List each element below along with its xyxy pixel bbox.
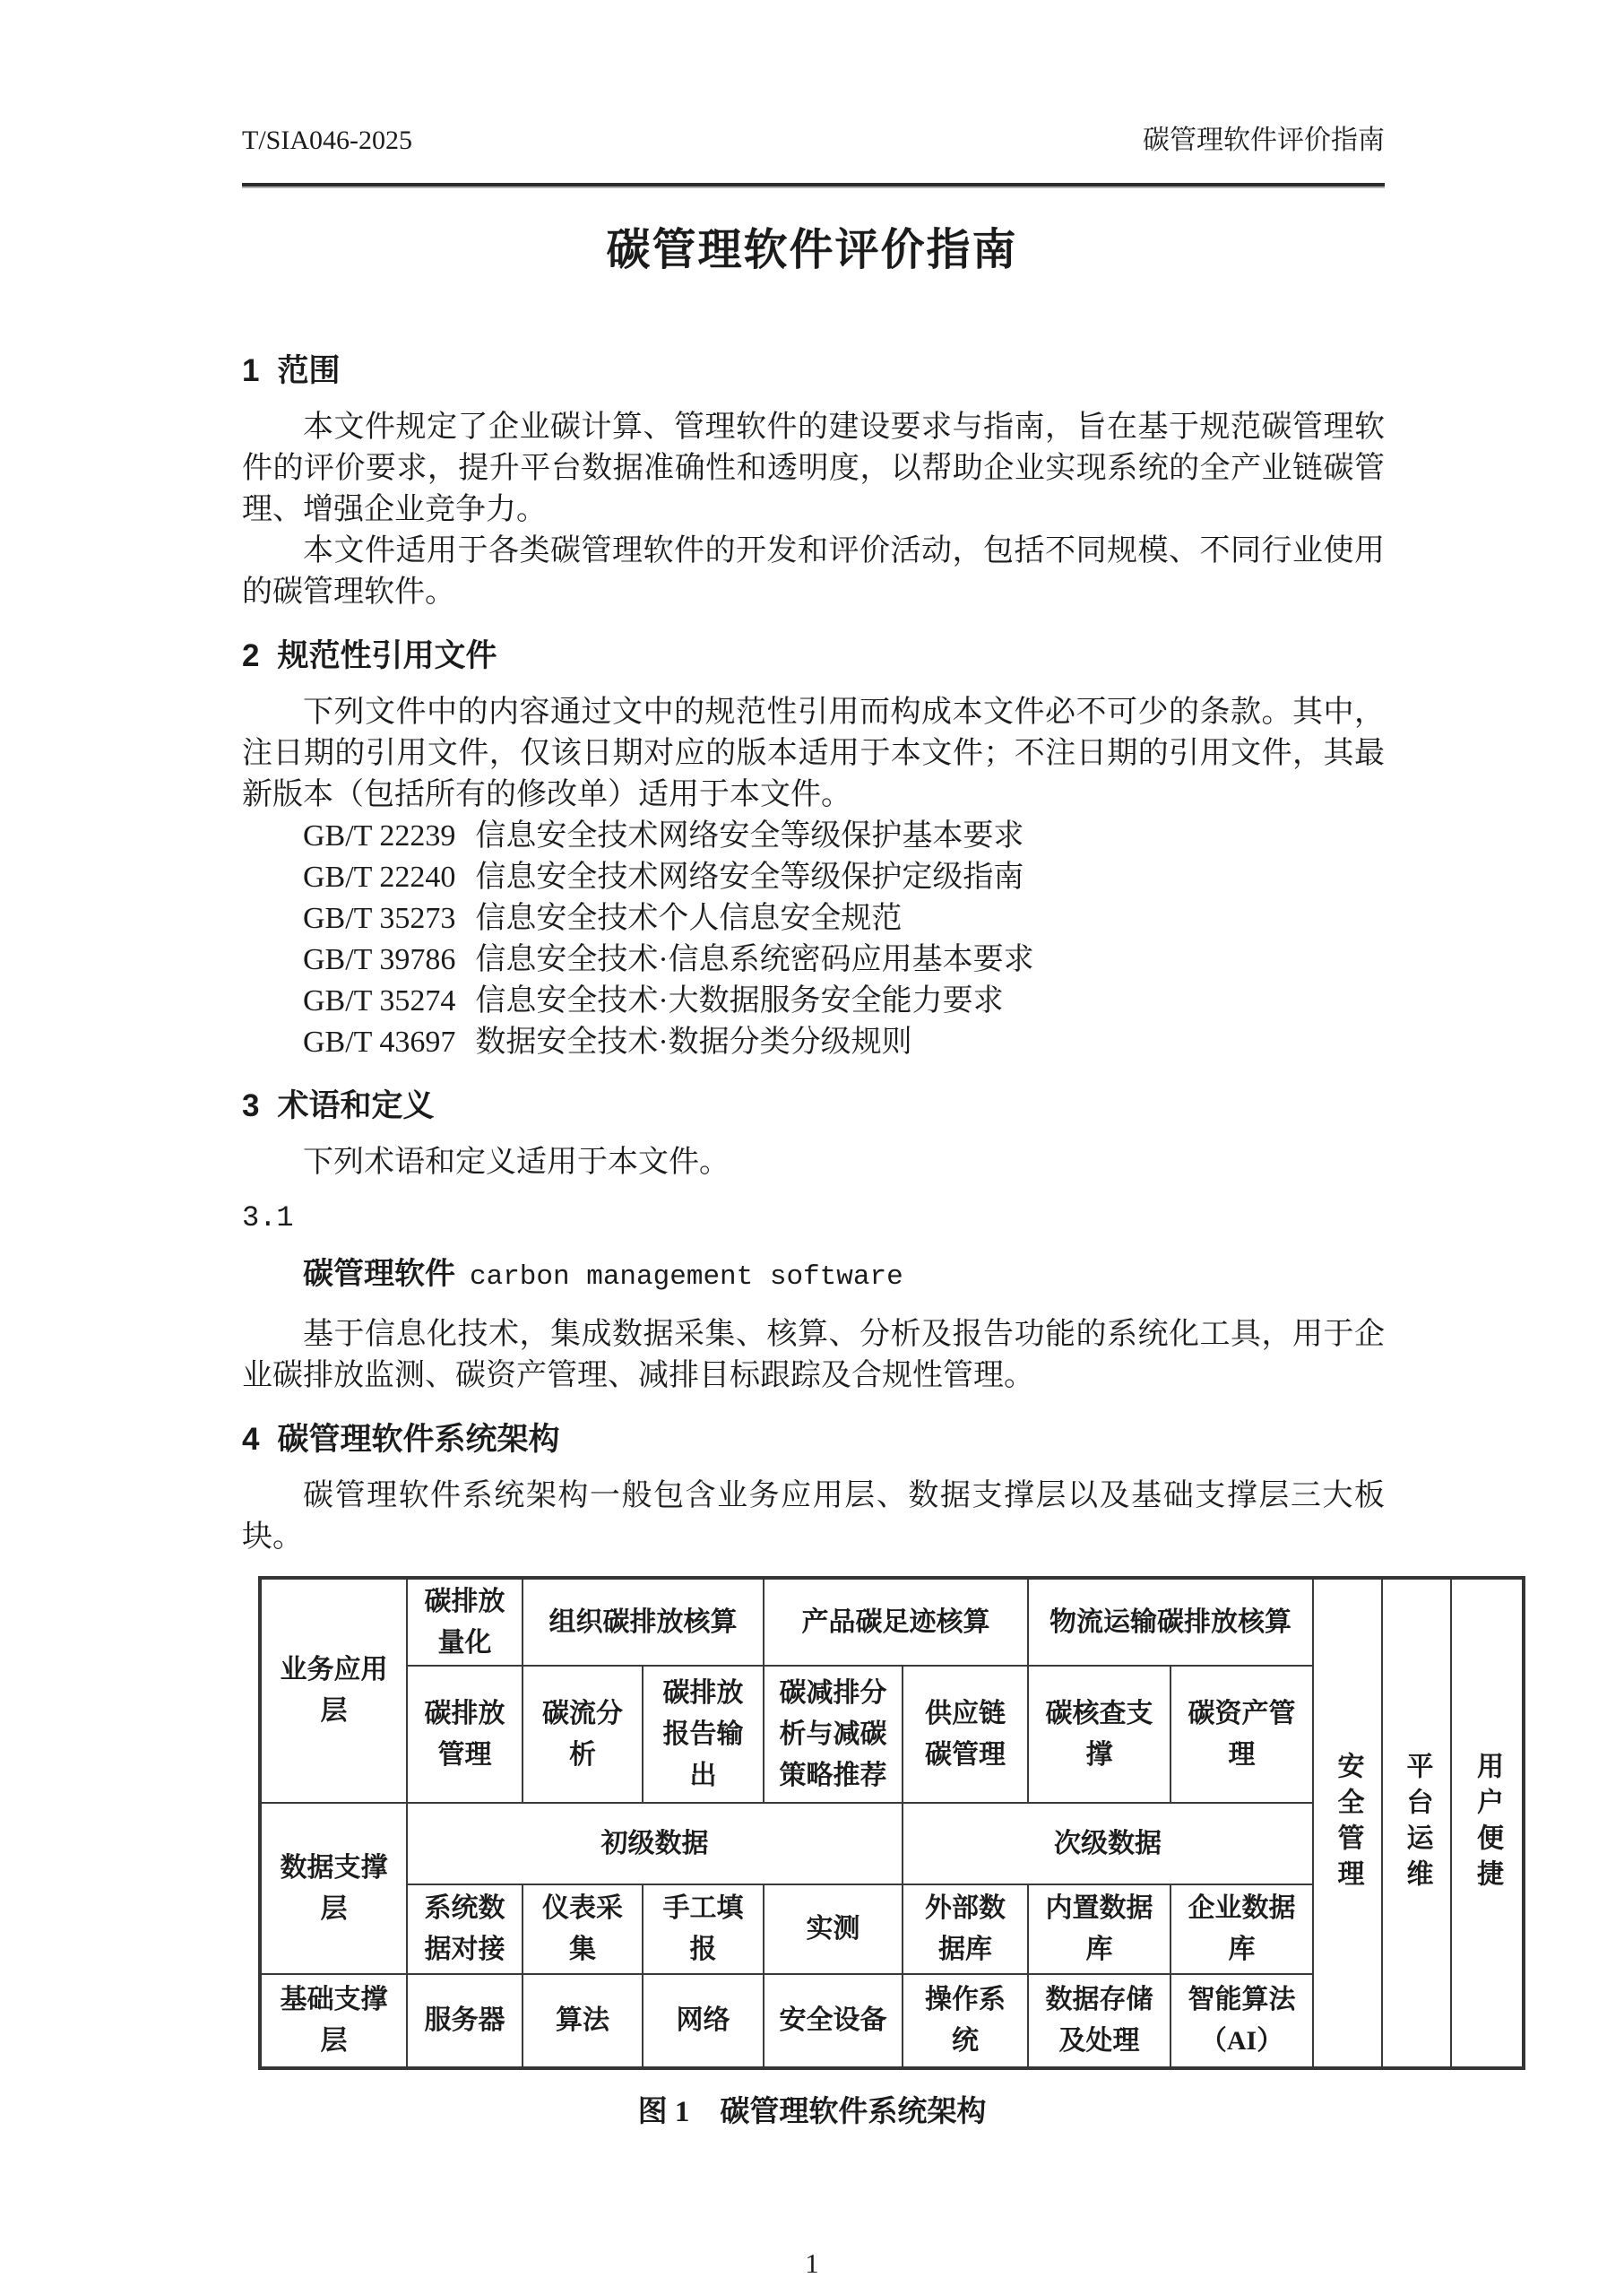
- vertical-column-user-convenience: 用户便捷: [1451, 1578, 1524, 2068]
- paragraph: 本文件规定了企业碳计算、管理软件的建设要求与指南，旨在基于规范碳管理软件的评价要…: [242, 407, 1385, 531]
- clause-number: 3.1: [242, 1199, 1385, 1237]
- reference-item: GB/T 22240信息安全技术网络安全等级保护定级指南: [242, 857, 1385, 898]
- table-cell: 碳减排分析与减碳策略推荐: [764, 1666, 903, 1803]
- section-number: 3: [242, 1088, 259, 1123]
- reference-code: GB/T 43697: [303, 1026, 455, 1059]
- paragraph: 碳管理软件系统架构一般包含业务应用层、数据支撑层以及基础支撑层三大板块。: [242, 1476, 1385, 1558]
- table-cell: 供应链碳管理: [903, 1666, 1028, 1803]
- reference-code: GB/T 22240: [303, 861, 455, 894]
- reference-item: GB/T 43697数据安全技术·数据分类分级规则: [242, 1022, 1385, 1063]
- table-cell: 碳核查支撑: [1028, 1666, 1170, 1803]
- reference-title: 信息安全技术个人信息安全规范: [475, 902, 902, 935]
- running-header: T/SIA046-2025 碳管理软件评价指南: [242, 126, 1385, 156]
- vertical-column-security-management: 安全管理: [1313, 1578, 1382, 2068]
- section-heading-terms-definitions: 3术语和定义: [242, 1087, 1385, 1126]
- table-cell: 内置数据库: [1028, 1884, 1170, 1974]
- table-cell: 外部数据库: [903, 1884, 1028, 1974]
- table-cell: 物流运输碳排放核算: [1028, 1578, 1313, 1666]
- header-doc-title: 碳管理软件评价指南: [1143, 126, 1385, 156]
- section-title: 规范性引用文件: [277, 638, 497, 673]
- term-english: carbon management software: [470, 1261, 903, 1293]
- reference-code: GB/T 35273: [303, 902, 455, 935]
- table-cell: 算法: [523, 1974, 643, 2068]
- header-doc-code: T/SIA046-2025: [242, 126, 412, 156]
- figure-caption-text: 碳管理软件系统架构: [720, 2096, 986, 2128]
- page-number: 1: [0, 2247, 1624, 2280]
- section-number: 4: [242, 1422, 259, 1457]
- table-cell: 初级数据: [407, 1803, 903, 1884]
- reference-title: 信息安全技术·信息系统密码应用基本要求: [475, 943, 1033, 976]
- table-cell: 系统数据对接: [407, 1884, 523, 1974]
- table-cell: 组织碳排放核算: [523, 1578, 764, 1666]
- section-title: 范围: [277, 353, 340, 388]
- row-header-infrastructure-layer: 基础支撑层: [260, 1974, 407, 2068]
- reference-item: GB/T 35273信息安全技术个人信息安全规范: [242, 898, 1385, 940]
- reference-item: GB/T 35274信息安全技术·大数据服务安全能力要求: [242, 981, 1385, 1022]
- section-heading-normative-references: 2规范性引用文件: [242, 637, 1385, 676]
- table-cell: 次级数据: [903, 1803, 1313, 1884]
- paragraph: 本文件适用于各类碳管理软件的开发和评价活动，包括不同规模、不同行业使用的碳管理软…: [242, 531, 1385, 613]
- section-heading-scope: 1范围: [242, 351, 1385, 391]
- figure-caption: 图 1碳管理软件系统架构: [0, 2093, 1624, 2131]
- reference-title: 信息安全技术网络安全等级保护定级指南: [475, 861, 1024, 894]
- page-title: 碳管理软件评价指南: [0, 224, 1624, 276]
- section-heading-system-architecture: 4碳管理软件系统架构: [242, 1420, 1385, 1459]
- reference-item: GB/T 22239信息安全技术网络安全等级保护基本要求: [242, 816, 1385, 857]
- document-page: T/SIA046-2025 碳管理软件评价指南 碳管理软件评价指南 1范围 本文…: [0, 0, 1624, 2295]
- reference-title: 数据安全技术·数据分类分级规则: [475, 1026, 911, 1059]
- reference-code: GB/T 35274: [303, 984, 455, 1018]
- table-cell: 实测: [764, 1884, 903, 1974]
- table-cell: 产品碳足迹核算: [764, 1578, 1028, 1666]
- reference-title: 信息安全技术·大数据服务安全能力要求: [475, 984, 1003, 1018]
- paragraph: 下列术语和定义适用于本文件。: [242, 1142, 1385, 1183]
- section-title: 术语和定义: [277, 1088, 434, 1123]
- table-cell: 仪表采集: [523, 1884, 643, 1974]
- table-cell: 碳排放报告输出: [643, 1666, 764, 1803]
- section-number: 1: [242, 353, 259, 388]
- reference-code: GB/T 39786: [303, 943, 455, 976]
- reference-code: GB/T 22239: [303, 819, 455, 853]
- row-header-data-support-layer: 数据支撑层: [260, 1803, 407, 1974]
- reference-item: GB/T 39786信息安全技术·信息系统密码应用基本要求: [242, 940, 1385, 981]
- table-cell: 操作系统: [903, 1974, 1028, 2068]
- paragraph: 下列文件中的内容通过文中的规范性引用而构成本文件必不可少的条款。其中，注日期的引…: [242, 692, 1385, 816]
- row-header-business-application-layer: 业务应用层: [260, 1578, 407, 1803]
- vertical-column-platform-operations: 平台运维: [1382, 1578, 1451, 2068]
- table-cell: 数据存储及处理: [1028, 1974, 1170, 2068]
- table-cell: 网络: [643, 1974, 764, 2068]
- term-definition: 基于信息化技术，集成数据采集、核算、分析及报告功能的系统化工具，用于企业碳排放监…: [242, 1314, 1385, 1397]
- reference-list: GB/T 22239信息安全技术网络安全等级保护基本要求 GB/T 22240信…: [242, 816, 1385, 1063]
- section-number: 2: [242, 638, 259, 673]
- table-cell: 智能算法（AI）: [1170, 1974, 1313, 2068]
- term-entry: 碳管理软件carbon management software: [242, 1253, 1385, 1298]
- table-cell: 碳资产管理: [1170, 1666, 1313, 1803]
- section-title: 碳管理软件系统架构: [277, 1422, 559, 1457]
- table-cell: 服务器: [407, 1974, 523, 2068]
- table-cell: 手工填报: [643, 1884, 764, 1974]
- table-cell: 碳排放管理: [407, 1666, 523, 1803]
- table-cell: 碳排放量化: [407, 1578, 523, 1666]
- reference-title: 信息安全技术网络安全等级保护基本要求: [475, 819, 1024, 853]
- table-cell: 碳流分析: [523, 1666, 643, 1803]
- table-cell: 安全设备: [764, 1974, 903, 2068]
- table-cell: 企业数据库: [1170, 1884, 1313, 1974]
- figure-caption-label: 图 1: [638, 2096, 690, 2128]
- header-divider: [242, 183, 1385, 188]
- term-chinese: 碳管理软件: [303, 1257, 455, 1291]
- table-row: 业务应用层 碳排放量化 组织碳排放核算 产品碳足迹核算 物流运输碳排放核算 安全…: [260, 1578, 1524, 1666]
- architecture-table: 业务应用层 碳排放量化 组织碳排放核算 产品碳足迹核算 物流运输碳排放核算 安全…: [258, 1576, 1525, 2070]
